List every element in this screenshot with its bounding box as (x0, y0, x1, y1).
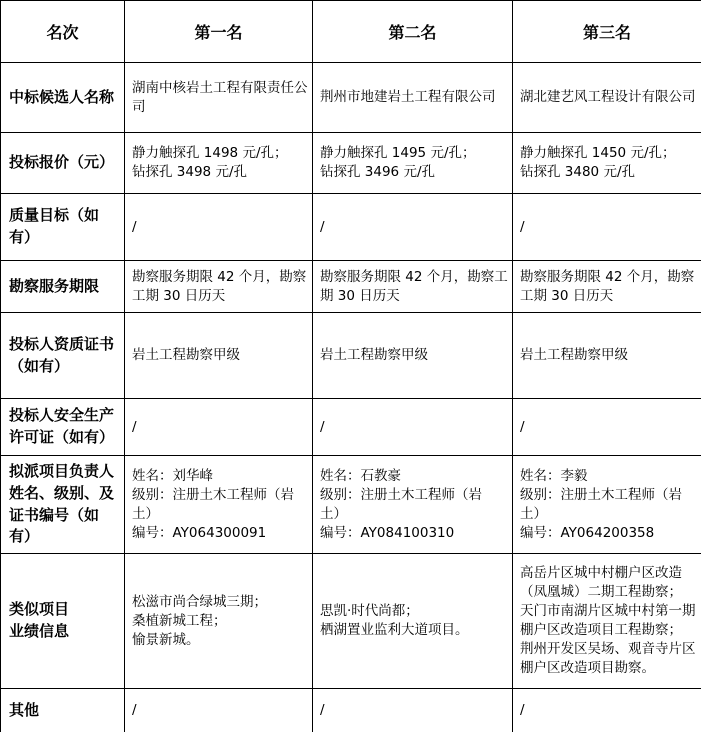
cell-safety-license-2: / (313, 399, 513, 456)
table-row-service-period: 勘察服务期限 勘察服务期限 42 个月，勘察工期 30 日历天 勘察服务期限 4… (1, 261, 701, 313)
row-label-candidate-name: 中标候选人名称 (1, 63, 125, 133)
header-second-place: 第二名 (313, 1, 513, 63)
cell-quality-target-1: / (125, 194, 313, 261)
cell-bid-price-2: 静力触探孔 1495 元/孔； 钻探孔 3496 元/孔 (313, 133, 513, 194)
cell-similar-projects-3: 高岳片区城中村棚户区改造（凤凰城）二期工程勘察； 天门市南湖片区城中村第一期棚户… (513, 554, 701, 689)
row-label-bid-price: 投标报价（元） (1, 133, 125, 194)
cell-other-3: / (513, 689, 701, 732)
cell-candidate-name-2: 荆州市地建岩土工程有限公司 (313, 63, 513, 133)
row-label-safety-license: 投标人安全生产许可证（如有） (1, 399, 125, 456)
cell-bid-price-1: 静力触探孔 1498 元/孔； 钻探孔 3498 元/孔 (125, 133, 313, 194)
header-row: 名次 第一名 第二名 第三名 (1, 1, 701, 63)
row-label-qualification-cert: 投标人资质证书（如有） (1, 313, 125, 399)
header-first-place: 第一名 (125, 1, 313, 63)
cell-candidate-name-3: 湖北建艺风工程设计有限公司 (513, 63, 701, 133)
cell-candidate-name-1: 湖南中核岩土工程有限责任公司 (125, 63, 313, 133)
table-row-candidate-name: 中标候选人名称 湖南中核岩土工程有限责任公司 荆州市地建岩土工程有限公司 湖北建… (1, 63, 701, 133)
cell-similar-projects-2: 思凯·时代尚都； 栖湖置业监利大道项目。 (313, 554, 513, 689)
header-rank: 名次 (1, 1, 125, 63)
cell-bid-price-3: 静力触探孔 1450 元/孔； 钻探孔 3480 元/孔 (513, 133, 701, 194)
table-row-qualification-cert: 投标人资质证书（如有） 岩土工程勘察甲级 岩土工程勘察甲级 岩土工程勘察甲级 (1, 313, 701, 399)
cell-service-period-3: 勘察服务期限 42 个月，勘察工期 30 日历天 (513, 261, 701, 313)
cell-qualification-cert-2: 岩土工程勘察甲级 (313, 313, 513, 399)
cell-qualification-cert-1: 岩土工程勘察甲级 (125, 313, 313, 399)
cell-service-period-2: 勘察服务期限 42 个月，勘察工期 30 日历天 (313, 261, 513, 313)
table-row-other: 其他 / / / (1, 689, 701, 732)
bid-results-page: 名次 第一名 第二名 第三名 中标候选人名称 湖南中核岩土工程有限责任公司 荆州… (0, 0, 701, 732)
cell-project-leader-1: 姓名：刘华峰 级别：注册土木工程师（岩土） 编号：AY064300091 (125, 456, 313, 554)
cell-similar-projects-1: 松滋市尚合绿城三期； 桑植新城工程； 愉景新城。 (125, 554, 313, 689)
cell-qualification-cert-3: 岩土工程勘察甲级 (513, 313, 701, 399)
bid-results-table: 名次 第一名 第二名 第三名 中标候选人名称 湖南中核岩土工程有限责任公司 荆州… (0, 0, 701, 732)
row-label-project-leader: 拟派项目负责人姓名、级别、及证书编号（如有） (1, 456, 125, 554)
header-third-place: 第三名 (513, 1, 701, 63)
table-row-bid-price: 投标报价（元） 静力触探孔 1498 元/孔； 钻探孔 3498 元/孔 静力触… (1, 133, 701, 194)
row-label-similar-projects: 类似项目 业绩信息 (1, 554, 125, 689)
cell-other-2: / (313, 689, 513, 732)
table-row-similar-projects: 类似项目 业绩信息 松滋市尚合绿城三期； 桑植新城工程； 愉景新城。 思凯·时代… (1, 554, 701, 689)
cell-service-period-1: 勘察服务期限 42 个月，勘察工期 30 日历天 (125, 261, 313, 313)
cell-safety-license-1: / (125, 399, 313, 456)
row-label-quality-target: 质量目标（如有） (1, 194, 125, 261)
table-row-project-leader: 拟派项目负责人姓名、级别、及证书编号（如有） 姓名：刘华峰 级别：注册土木工程师… (1, 456, 701, 554)
cell-other-1: / (125, 689, 313, 732)
cell-safety-license-3: / (513, 399, 701, 456)
cell-project-leader-2: 姓名：石教豪 级别：注册土木工程师（岩土） 编号：AY084100310 (313, 456, 513, 554)
table-row-safety-license: 投标人安全生产许可证（如有） / / / (1, 399, 701, 456)
row-label-other: 其他 (1, 689, 125, 732)
cell-quality-target-3: / (513, 194, 701, 261)
row-label-service-period: 勘察服务期限 (1, 261, 125, 313)
table-row-quality-target: 质量目标（如有） / / / (1, 194, 701, 261)
cell-quality-target-2: / (313, 194, 513, 261)
cell-project-leader-3: 姓名：李毅 级别：注册土木工程师（岩土） 编号：AY064200358 (513, 456, 701, 554)
